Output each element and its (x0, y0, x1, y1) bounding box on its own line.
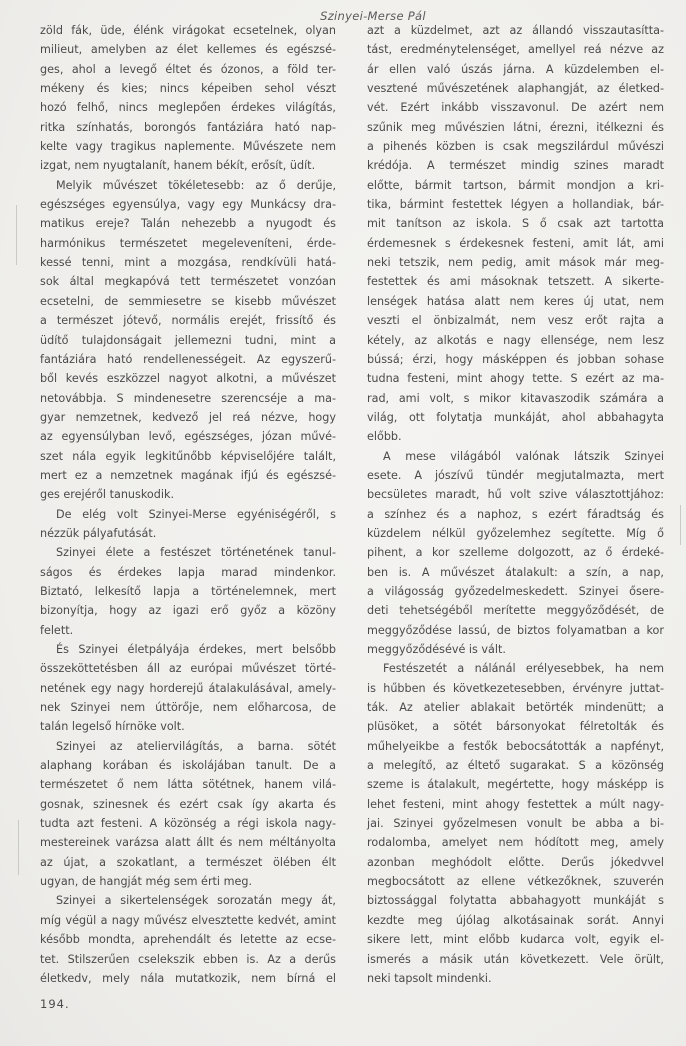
text-line: Melyik művészet tökéletesebb: az ő derűj… (40, 176, 336, 195)
text-line: tudna festeni, mint ahogy tette. S ezért… (367, 369, 664, 388)
text-line: míg végül a nagy művész elvesztette kedv… (40, 911, 336, 930)
text-line: pihent, a kor szelleme dolgozott, az ő é… (367, 543, 664, 562)
text-line: alaphang korában és iskolájában tanult. … (40, 756, 336, 775)
text-line: műhelyeikbe a festők bebocsátották a nap… (367, 737, 664, 756)
text-line: matikus ereje? Talán nehezebb a nyugodt … (40, 214, 336, 233)
text-line: esete. A jószívű tündér megjutalmazta, m… (367, 466, 664, 485)
text-line: ből kevés eszközzel nagyot alkotni, a mű… (40, 369, 336, 388)
text-line: üdítő tulajdonságait jellemezni tudni, m… (40, 331, 336, 350)
text-line: ismerés a másik után következett. Vele ö… (367, 950, 664, 969)
text-line: vét. Ezért inkább visszavonul. De azért … (367, 98, 664, 117)
text-line: bizonyítja, hogy az igazi erő győz a köz… (40, 601, 336, 620)
margin-scan-mark (18, 820, 19, 875)
text-line: ges, ahol a levegő éltet és ózonos, a fö… (40, 60, 336, 79)
text-line: Szinyei élete a festészet történetének t… (40, 543, 336, 562)
text-line: ben is. A művészet átalakult: a szín, a … (367, 563, 664, 582)
text-line: talán legelső hírnöke volt. (40, 717, 336, 736)
text-line: tika, bármint festettek légyen a holland… (367, 195, 664, 214)
text-line: előbb. (367, 427, 664, 446)
text-line: azonban meghódolt előtte. Derűs jókedvve… (367, 853, 664, 872)
text-line: azt a küzdelmet, azt az állandó visszaut… (367, 21, 664, 40)
text-line: természetet ő nem látta sötétnek, hanem … (40, 775, 336, 794)
text-line: deti tehetségéből merítette meggyőződésé… (367, 601, 664, 620)
text-line: vesztené művészetének alaphangját, az él… (367, 79, 664, 98)
text-line: becsületes maradt, hű volt szive választ… (367, 485, 664, 504)
right-text-column: azt a küzdelmet, azt az állandó visszaut… (367, 21, 664, 988)
text-line: mit tanítson az iskola. S ő csak azt tar… (367, 214, 664, 233)
text-line: gyar nemzetnek, kedvező jel reá nézve, h… (40, 408, 336, 427)
text-line: szet nála egyik legkitűnőbb képviselőjér… (40, 447, 336, 466)
text-line: Biztató, lelkesítő lapja a történelemnek… (40, 582, 336, 601)
text-line: mert ez a nemzetnek magának ifjú és egés… (40, 466, 336, 485)
text-line: harmónikus természetet megeleveníteni, é… (40, 234, 336, 253)
text-line: kessé tenni, mint a mozgása, rendkívüli … (40, 253, 336, 272)
text-line: egészséges egyensúlya, vagy egy Munkácsy… (40, 195, 336, 214)
text-line: a természet jótevő, normális erejét, fri… (40, 311, 336, 330)
text-line: tást, eredménytelenséget, amellyel reá n… (367, 40, 664, 59)
text-line: hozó felhő, nincs meglepően érdekes vilá… (40, 98, 336, 117)
text-line: a pihenés közben is csak megszilárdul mű… (367, 137, 664, 156)
text-line: neki tetszik, nem pedig, amit mások már … (367, 253, 664, 272)
text-line: ecsetelni, de semmiesetre se kisebb művé… (40, 292, 336, 311)
text-line: jai. Szinyei győzelmesen vonult be abba … (367, 814, 664, 833)
text-line: rodalomba, amelyet nem hódított meg, ame… (367, 833, 664, 852)
text-line: netének egy nagy horderejű átalakulásáva… (40, 679, 336, 698)
text-line: mestereinek varázsa alatt állt és nem mé… (40, 833, 336, 852)
text-line: ugyan, de hangját még sem érti meg. (40, 872, 336, 891)
text-line: lehet festeni, mint ahogy festettek a mú… (367, 795, 664, 814)
text-line: gosnak, szinesnek és ezért csak így akar… (40, 795, 336, 814)
text-line: zöld fák, üde, élénk virágokat ecsetelne… (40, 21, 336, 40)
text-line: az újat, a szokatlant, a természet ölébe… (40, 853, 336, 872)
text-line: meggyőződése lassú, de biztos folyamatba… (367, 621, 664, 640)
text-line: nézzük pályafutását. (40, 524, 336, 543)
text-line: szűnik meg művészien látni, érezni, itél… (367, 118, 664, 137)
text-line: sok által megkapóvá tett természetet von… (40, 272, 336, 291)
text-line: meggyőződésévé is vált. (367, 640, 664, 659)
text-line: ságos és érdekes lapja marad mindenkor. (40, 563, 336, 582)
page-number: 194. (40, 997, 70, 1011)
text-line: kétely, az alkotás e nagy ellensége, nem… (367, 331, 664, 350)
text-line: a színhez és a naphoz, s ezért fáradtság… (367, 505, 664, 524)
book-page: Szinyei-Merse Pál zöld fák, üde, élénk v… (0, 0, 686, 1046)
text-line: megbocsátott az ellene vétkezőknek, szuv… (367, 872, 664, 891)
text-line: De elég volt Szinyei-Merse egyéniségéről… (40, 505, 336, 524)
text-line: tudta azt festeni. A közönség a régi isk… (40, 814, 336, 833)
margin-scan-mark (680, 505, 681, 545)
text-line: bússá; érzi, hogy másképpen és jobban so… (367, 350, 664, 369)
text-line: Szinyei a sikertelenségek sorozatán megy… (40, 891, 336, 910)
text-line: sikere lett, mint előbb kudarca volt, eg… (367, 930, 664, 949)
text-line: tet. Stilszerűen cselekszik ebben is. Az… (40, 950, 336, 969)
text-line: Festészetét a nálánál erélyesebbek, ha n… (367, 659, 664, 678)
text-line: rad, ami volt, s mikor kitavaszodik szám… (367, 389, 664, 408)
text-line: a melegítő, az éltető sugarakat. S a köz… (367, 756, 664, 775)
text-line: az egyensúlyban levő, egészséges, józan … (40, 427, 336, 446)
text-line: ták. Az atelier ablakait betörték minden… (367, 698, 664, 717)
text-line: milieut, amelyben az élet kellemes és eg… (40, 40, 336, 59)
text-line: mékeny és kies; nincs képeiben sehol vés… (40, 79, 336, 98)
text-line: netovábbja. S mindenesetre szerencséje a… (40, 389, 336, 408)
text-line: festettek és ami másoknak tetszett. A si… (367, 272, 664, 291)
text-line: izgat, nem nyugtalanít, hanem békít, erő… (40, 156, 336, 175)
text-line: neki tapsolt mindenki. (367, 969, 664, 988)
left-text-column: zöld fák, üde, élénk virágokat ecsetelne… (40, 21, 336, 988)
text-line: érdemesnek s érdekesnek festeni, amit lá… (367, 234, 664, 253)
text-line: küzdelem nélkül győzelemhez segítette. M… (367, 524, 664, 543)
text-line: veszti el önbizalmát, nem vesz erőt rajt… (367, 311, 664, 330)
text-line: A mese világából valónak látszik Szinyei (367, 447, 664, 466)
text-line: világ, ott folytatja munkáját, ahol abba… (367, 408, 664, 427)
text-line: felett. (40, 621, 336, 640)
text-line: nek Szinyei nem úttörője, nem előharcosa… (40, 698, 336, 717)
text-line: krédója. A természet mindig szines marad… (367, 156, 664, 175)
text-line: biztossággal folytatta abbahagyott munká… (367, 891, 664, 910)
text-line: ritka színhatás, borongós fantáziára hat… (40, 118, 336, 137)
text-line: És Szinyei életpályája érdekes, mert bel… (40, 640, 336, 659)
text-line: ár ellen való úszás járna. A küzdelemben… (367, 60, 664, 79)
text-line: szeme is átalakult, megértette, hogy más… (367, 775, 664, 794)
margin-scan-mark (16, 205, 17, 265)
text-line: lenségek hatása alatt nem keres új utat,… (367, 292, 664, 311)
text-line: összeköttetésben áll az európai művészet… (40, 659, 336, 678)
text-line: plüsöket, a sötét bársonyokat félretoltá… (367, 717, 664, 736)
text-line: fantáziára ható rendellenességeit. Az eg… (40, 350, 336, 369)
text-line: a világosság győzedelmeskedett. Szinyei … (367, 582, 664, 601)
text-line: Szinyei az ateliervilágítás, a barna. sö… (40, 737, 336, 756)
text-line: kezdte meg újólag alkotásainak sorát. An… (367, 911, 664, 930)
text-line: előtte, bármit tartson, bármit mondjon a… (367, 176, 664, 195)
text-line: is hűbben és következetesebben, érvényre… (367, 679, 664, 698)
text-line: később mondta, aprehendált és letette az… (40, 930, 336, 949)
text-line: ges erejéről tanuskodik. (40, 485, 336, 504)
text-line: életkedv, mely nála mutatkozik, nem bírn… (40, 969, 336, 988)
text-line: kelte vagy tragikus naplemente. Művészet… (40, 137, 336, 156)
